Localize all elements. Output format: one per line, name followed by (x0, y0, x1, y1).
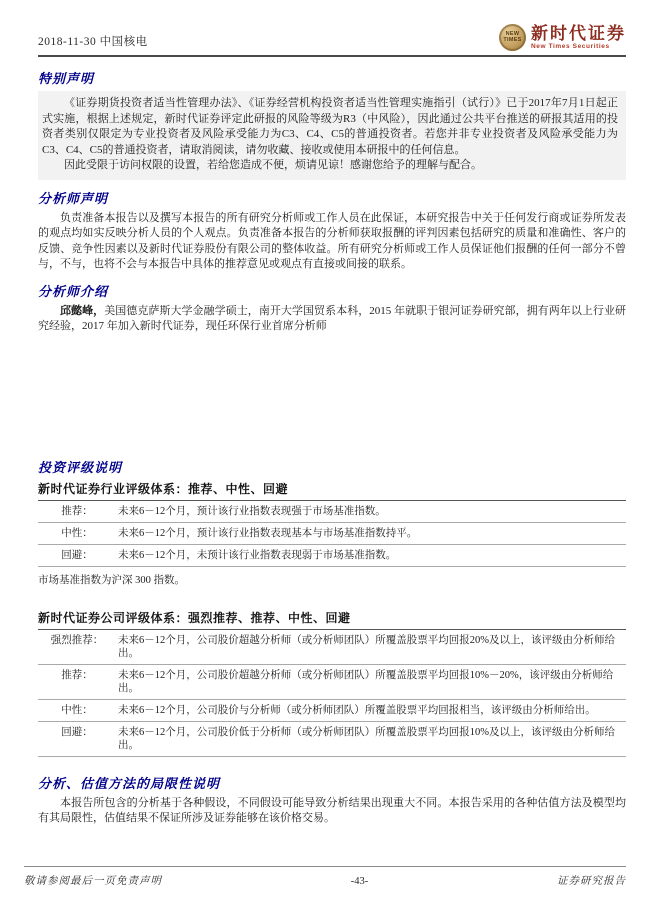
section-title-rating: 投资评级说明 (38, 457, 626, 476)
rating-desc: 未来6－12个月，公司股价与分析师（或分析师团队）所覆盖股票平均回报相当，该评级… (116, 699, 626, 721)
table-row: 强烈推荐： 未来6－12个月，公司股价超越分析师（或分析师团队）所覆盖股票平均回… (38, 630, 626, 665)
company-rating-heading: 新时代证券公司评级体系：强烈推荐、推荐、中性、回避 (38, 609, 626, 630)
rating-desc: 未来6－12个月，公司股价超越分析师（或分析师团队）所覆盖股票平均回报10%－2… (116, 664, 626, 699)
brand-name-cn: 新时代证券 (531, 25, 626, 44)
section-title-special-statement: 特别声明 (38, 68, 626, 87)
rating-label: 中性： (38, 522, 116, 544)
table-row: 回避： 未来6－12个月，公司股价低于分析师（或分析师团队）所覆盖股票平均回报1… (38, 721, 626, 756)
table-row: 回避： 未来6－12个月，未预计该行业指数表现弱于市场基准指数。 (38, 544, 626, 566)
table-row: 中性： 未来6－12个月，公司股价与分析师（或分析师团队）所覆盖股票平均回报相当… (38, 699, 626, 721)
analyst-intro-text: 美国德克萨斯大学金融学硕士，南开大学国贸系本科，2015 年就职于银河证券研究部… (38, 305, 626, 333)
rating-label: 回避： (38, 544, 116, 566)
rating-section: 投资评级说明 新时代证券行业评级体系：推荐、中性、回避 推荐： 未来6－12个月… (38, 457, 626, 757)
brand-text: 新时代证券 New Times Securities (531, 25, 626, 51)
analyst-name: 邱懿峰， (60, 305, 104, 317)
section-title-limitation: 分析、估值方法的局限性说明 (38, 773, 626, 792)
company-rating-section: 新时代证券公司评级体系：强烈推荐、推荐、中性、回避 强烈推荐： 未来6－12个月… (38, 609, 626, 757)
special-statement-box: 《证券期货投资者适当性管理办法》、《证券经营机构投资者适当性管理实施指引（试行）… (38, 91, 626, 180)
brand-logo: NEW TIMES 新时代证券 New Times Securities (499, 24, 626, 51)
limitation-paragraph: 本报告所包含的分析基于各种假设，不同假设可能导致分析结果出现重大不同。本报告采用… (38, 796, 626, 827)
rating-label: 推荐： (38, 501, 116, 523)
rating-desc: 未来6－12个月，公司股价低于分析师（或分析师团队）所覆盖股票平均回报10%及以… (116, 721, 626, 756)
industry-rating-heading: 新时代证券行业评级体系：推荐、中性、回避 (38, 480, 626, 501)
report-date-stock: 2018-11-30 中国核电 (38, 33, 148, 51)
page-footer: 敬请参阅最后一页免责声明 -43- 证券研究报告 (24, 866, 626, 888)
page-header: 2018-11-30 中国核电 NEW TIMES 新时代证券 New Time… (38, 24, 626, 57)
special-statement-paragraph-2: 因此受限于访问权限的设置，若给您造成不便，烦请见谅！感谢您给予的理解与配合。 (42, 158, 618, 174)
report-page: 2018-11-30 中国核电 NEW TIMES 新时代证券 New Time… (0, 0, 650, 918)
page-content: 特别声明 《证券期货投资者适当性管理办法》、《证券经营机构投资者适当性管理实施指… (38, 60, 626, 827)
limitation-section: 分析、估值方法的局限性说明 本报告所包含的分析基于各种假设，不同假设可能导致分析… (38, 773, 626, 827)
rating-desc: 未来6－12个月，预计该行业指数表现基本与市场基准指数持平。 (116, 522, 626, 544)
industry-rating-table: 推荐： 未来6－12个月，预计该行业指数表现强于市场基准指数。 中性： 未来6－… (38, 501, 626, 567)
rating-desc: 未来6－12个月，预计该行业指数表现强于市场基准指数。 (116, 501, 626, 523)
table-row: 中性： 未来6－12个月，预计该行业指数表现基本与市场基准指数持平。 (38, 522, 626, 544)
analyst-intro-paragraph: 邱懿峰，美国德克萨斯大学金融学硕士，南开大学国贸系本科，2015 年就职于银河证… (38, 304, 626, 335)
new-times-coin-icon: NEW TIMES (499, 24, 526, 51)
benchmark-note: 市场基准指数为沪深 300 指数。 (38, 567, 626, 587)
section-title-analyst-intro: 分析师介绍 (38, 281, 626, 300)
rating-desc: 未来6－12个月，公司股价超越分析师（或分析师团队）所覆盖股票平均回报20%及以… (116, 630, 626, 665)
section-title-analyst-statement: 分析师声明 (38, 188, 626, 207)
coin-text-bottom: TIMES (503, 38, 521, 44)
footer-report-type: 证券研究报告 (557, 873, 626, 888)
brand-name-en: New Times Securities (531, 43, 610, 50)
analyst-statement-paragraph: 负责准备本报告以及撰写本报告的所有研究分析师或工作人员在此保证，本研究报告中关于… (38, 211, 626, 273)
rating-label: 中性： (38, 699, 116, 721)
rating-desc: 未来6－12个月，未预计该行业指数表现弱于市场基准指数。 (116, 544, 626, 566)
table-row: 推荐： 未来6－12个月，公司股价超越分析师（或分析师团队）所覆盖股票平均回报1… (38, 664, 626, 699)
table-row: 推荐： 未来6－12个月，预计该行业指数表现强于市场基准指数。 (38, 501, 626, 523)
rating-label: 回避： (38, 721, 116, 756)
company-rating-table: 强烈推荐： 未来6－12个月，公司股价超越分析师（或分析师团队）所覆盖股票平均回… (38, 630, 626, 757)
footer-disclaimer-note: 敬请参阅最后一页免责声明 (24, 873, 162, 888)
rating-label: 推荐： (38, 664, 116, 699)
rating-label: 强烈推荐： (38, 630, 116, 665)
special-statement-paragraph-1: 《证券期货投资者适当性管理办法》、《证券经营机构投资者适当性管理实施指引（试行）… (42, 96, 618, 158)
page-number: -43- (351, 876, 369, 887)
